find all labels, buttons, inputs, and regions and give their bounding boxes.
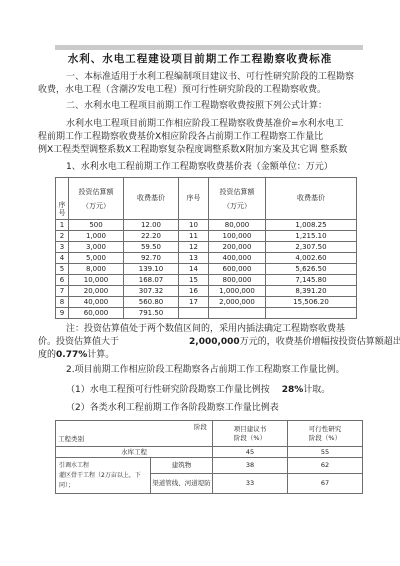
table-cell: 59.50 (124, 242, 179, 253)
table-cell: 92.70 (124, 253, 179, 264)
table1-note: 注：投资估算值处于两个数值区间的，采用内插法确定工程勘察收费基 价。投资估算值大… (38, 323, 368, 362)
table-cell: 1 (56, 220, 69, 231)
note-line: 价。投资估算值大于2,000,000万元的，收费基价增幅按投资估算额超出幅 (38, 336, 368, 349)
table-cell: 8,391.20 (266, 286, 357, 297)
table-cell: 100,000 (209, 231, 266, 242)
table-cell: 5,000 (69, 253, 124, 264)
header-investment-left: 投资估算额 （万元） (69, 178, 124, 220)
table-cell: 62 (288, 458, 363, 474)
table-cell: 3 (56, 242, 69, 253)
ratio-percent-value: 28% (282, 385, 304, 395)
document-title: 水利、水电工程建设项目前期工作工程勘察收费标准 (0, 51, 400, 66)
table-cell: 5 (56, 264, 69, 275)
table-row: 1 500 12.00 10 80,000 1,008.25 (56, 220, 357, 231)
table-cell: 10 (179, 220, 209, 231)
table-cell: 80,000 (209, 220, 266, 231)
paragraph-line: 例X工程类型调整系数X工程勘察复杂程度调整系数X附加方案及其它调 整系数 (38, 144, 368, 157)
header-fee-right: 收费基价 (266, 178, 357, 220)
table-cell: 4 (56, 253, 69, 264)
table-cell: 6 (56, 275, 69, 286)
table-cell: 12 (179, 242, 209, 253)
document-page: 水利、水电工程建设项目前期工作工程勘察收费标准 一、本标准适用于水利工程编制项目… (0, 0, 400, 566)
table-cell: 560.80 (124, 297, 179, 308)
table-cell: 2,307.50 (266, 242, 357, 253)
table-cell: 2 (56, 231, 69, 242)
table-cell: 22.20 (124, 231, 179, 242)
table-cell: 10,000 (69, 275, 124, 286)
header-proposal-stage: 项目建议书 阶段（%） (213, 421, 288, 447)
table-cell: 139.10 (124, 264, 179, 275)
table-cell: 791.50 (124, 308, 179, 319)
note-line: 注：投资估算值处于两个数值区间的，采用内插法确定工程勘察收费基 (38, 323, 368, 336)
table-cell: 9 (56, 308, 69, 319)
paragraph-line: （1）水电工程预可行性研究阶段勘察工作量比例按28%计取。 (38, 384, 368, 397)
table-cell: 16 (179, 286, 209, 297)
table-cell: 55 (288, 447, 363, 458)
table-cell: 800,000 (209, 275, 266, 286)
header-seq-right: 序号 (179, 178, 209, 220)
table-cell: 5,626.50 (266, 264, 357, 275)
table-cell: 168.07 (124, 275, 179, 286)
table-cell: 3,000 (69, 242, 124, 253)
table-row: 3 3,000 59.50 12 200,000 2,307.50 (56, 242, 357, 253)
table-cell: 20,000 (69, 286, 124, 297)
table-cell (266, 308, 357, 319)
table-row: 水库工程 45 55 (56, 447, 363, 458)
note-percent-value: 0.77% (56, 350, 87, 360)
table-header-row: 阶段 工程类别 项目建议书 阶段（%） 可行性研究 阶段（%） (56, 421, 363, 447)
table-cell: 45 (213, 447, 288, 458)
table-cell (209, 308, 266, 319)
table-cell: 1,008.25 (266, 220, 357, 231)
header-category-label: 工程类别 (58, 435, 84, 444)
channel-label: 渠道管线、河道堤防 (151, 474, 213, 494)
table-cell: 500 (69, 220, 124, 231)
table-cell: 13 (179, 253, 209, 264)
table-row: 6 10,000 168.07 15 800,000 7,145.80 (56, 275, 357, 286)
paragraph-formula: 水利水电工程项目前期工作相应阶段工程勘察收费基准价=水利水电工 程前期工作工程勘… (38, 118, 368, 157)
table-cell: 2,000,000 (209, 297, 266, 308)
table-cell: 38 (213, 458, 288, 474)
table-cell: 4,002.60 (266, 253, 357, 264)
table-cell: 11 (179, 231, 209, 242)
table-row: 4 5,000 92.70 13 400,000 4,002.60 (56, 253, 357, 264)
paragraph-section2: 2.项目前期工作相应阶段工程勘察各占前期工作工程勘察工作量比例。 (38, 364, 368, 377)
table-cell: 400,000 (209, 253, 266, 264)
table-cell: 40,000 (69, 297, 124, 308)
table2-caption: （2）各类水利工程前期工作各阶段勘察工作量比例表 (38, 402, 368, 415)
paragraph-item1: （1）水电工程预可行性研究阶段勘察工作量比例按28%计取。 (38, 384, 368, 397)
table-cell: 7,145.80 (266, 275, 357, 286)
table-cell: 60,000 (69, 308, 124, 319)
paragraph-line: 二、水利水电工程项目前期工作工程勘察收费按照下列公式计算： (38, 100, 368, 113)
paragraph-formula-intro: 二、水利水电工程项目前期工作工程勘察收费按照下列公式计算： (38, 100, 368, 113)
table-row: 8 40,000 560.80 17 2,000,000 15,506.20 (56, 297, 357, 308)
paragraph-scope: 一、本标准适用于水利工程编制项目建议书、可行性研究阶段的工程勘察 收费，水电工程… (38, 71, 368, 97)
table-row: 9 60,000 791.50 (56, 308, 357, 319)
table-header-row: 序号 投资估算额 （万元） 收费基价 序号 投资估算额 （万元） 收费基价 (56, 178, 357, 220)
paragraph-line: 一、本标准适用于水利工程编制项目建议书、可行性研究阶段的工程勘察 (38, 71, 368, 84)
stage-ratio-table: 阶段 工程类别 项目建议书 阶段（%） 可行性研究 阶段（%） 水库工程 45 … (55, 420, 363, 494)
header-feasibility-stage: 可行性研究 阶段（%） (288, 421, 363, 447)
group-label: 引调水工程 灌区骨干工程（2万亩以上，下同）； (56, 458, 151, 494)
table-row: 2 1,000 22.20 11 100,000 1,215.10 (56, 231, 357, 242)
paragraph-line: 1、水利水电工程前期工作工程勘察收费基价表（金额单位：万元） (38, 161, 368, 174)
table-cell: 33 (213, 474, 288, 494)
reservoir-label: 水库工程 (56, 447, 213, 458)
table-cell: 8,000 (69, 264, 124, 275)
header-divider-band (55, 45, 363, 50)
table-cell: 1,000,000 (209, 286, 266, 297)
table-row: 5 8,000 139.10 14 600,000 5,626.50 (56, 264, 357, 275)
table-cell: 15 (179, 275, 209, 286)
note-line: 度的0.77%计算。 (38, 349, 368, 362)
table-cell: 7 (56, 286, 69, 297)
table-cell: 15,506.20 (266, 297, 357, 308)
paragraph-line: 程前期工作工程勘察收费基价X相应阶段各占前期工作工程勘察工作量比 (38, 131, 368, 144)
paragraph-line: （2）各类水利工程前期工作各阶段勘察工作量比例表 (38, 402, 368, 415)
header-fee-left: 收费基价 (124, 178, 179, 220)
table-row: 7 20,000 307.32 16 1,000,000 8,391.20 (56, 286, 357, 297)
table-cell: 1,000 (69, 231, 124, 242)
table-cell: 17 (179, 297, 209, 308)
fee-base-price-table: 序号 投资估算额 （万元） 收费基价 序号 投资估算额 （万元） 收费基价 1 … (55, 177, 357, 319)
table-cell: 12.00 (124, 220, 179, 231)
table-cell: 8 (56, 297, 69, 308)
table-cell (179, 308, 209, 319)
table-cell: 1,215.10 (266, 231, 357, 242)
note-threshold-value: 2,000,000 (189, 337, 240, 347)
table-cell: 200,000 (209, 242, 266, 253)
header-seq-left: 序号 (56, 178, 69, 220)
table-cell: 67 (288, 474, 363, 494)
header-diagonal-cell: 阶段 工程类别 (56, 421, 213, 447)
table-cell: 600,000 (209, 264, 266, 275)
table-cell: 307.32 (124, 286, 179, 297)
table-cell: 14 (179, 264, 209, 275)
header-stage-label: 阶段 (194, 423, 207, 432)
table1-caption: 1、水利水电工程前期工作工程勘察收费基价表（金额单位：万元） (38, 161, 368, 174)
building-label: 建筑物 (151, 458, 213, 474)
paragraph-line: 水利水电工程项目前期工作相应阶段工程勘察收费基准价=水利水电工 (38, 118, 368, 131)
paragraph-line: 收费，水电工程（含潮汐发电工程）预可行性研究阶段的工程勘察收费。 (38, 84, 368, 97)
header-investment-right: 投资估算额 （万元） (209, 178, 266, 220)
paragraph-line: 2.项目前期工作相应阶段工程勘察各占前期工作工程勘察工作量比例。 (38, 364, 368, 377)
table-row: 引调水工程 灌区骨干工程（2万亩以上，下同）； 建筑物 38 62 (56, 458, 363, 474)
